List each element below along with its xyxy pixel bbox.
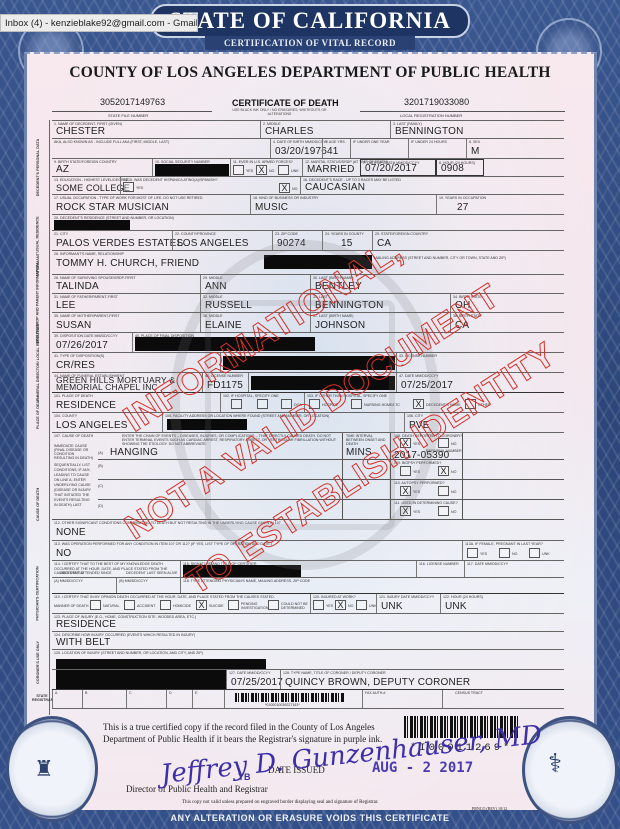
certified-copy-line-1: This is a true certified copy if the rec…	[103, 722, 375, 732]
row-birth-ssn: 9. BIRTH STATE/FOREIGN COUNTRYAZ 10. SOC…	[52, 158, 564, 176]
browser-tab-title[interactable]: Inbox (4) - kenzieblake92@gmail.com - Gm…	[0, 14, 198, 32]
section-decedent: DECEDENT'S PERSONAL DATA	[28, 120, 50, 214]
fax-auth: FAX AUTH.#	[362, 690, 442, 708]
field-father-first[interactable]: 31. NAME OF FATHER/PARENT-FIRSTLEE	[52, 294, 200, 312]
section-funeral: FUNERAL DIRECTOR/ LOCAL REGISTRAR	[28, 332, 50, 392]
registrar-col-c: C	[126, 690, 166, 708]
checkbox-pregnant-no[interactable]	[499, 548, 510, 558]
field-manner-of-death[interactable]: 119. I CERTIFY THAT IN MY OPINION DEATH …	[52, 594, 310, 613]
checkbox-armed-unk[interactable]	[278, 165, 289, 175]
checkbox-accident[interactable]	[124, 600, 135, 610]
field-first-name[interactable]: 1. NAME OF DECEDENT- FIRST (Given)CHESTE…	[52, 121, 260, 138]
field-spouse-first[interactable]: 28. NAME OF SURVIVING SPOUSE/SRDP-FIRSTT…	[52, 275, 200, 293]
field-coroner-name[interactable]: 128. TYPE NAME, TITLE OF CORONER / DEPUT…	[280, 670, 564, 689]
field-residence-street[interactable]: 20. DECEDENT'S RESIDENCE (Street and num…	[52, 215, 564, 230]
field-education[interactable]: 13. EDUCATION - Highest Level/DegreeSOME…	[52, 177, 120, 194]
field-injury-hour[interactable]: 122. HOUR (24 Hours)UNK	[440, 594, 564, 613]
row-decedent-name: 1. NAME OF DECEDENT- FIRST (Given)CHESTE…	[52, 120, 564, 138]
redaction-bar	[54, 220, 130, 230]
field-disposition-date[interactable]: 39. DISPOSITION DATE mm/dd/ccyy07/26/201…	[52, 333, 132, 352]
field-last-name[interactable]: 3. LAST (Family)BENNINGTON	[390, 121, 564, 138]
field-occupation[interactable]: 17. USUAL OCCUPATION - Type of work for …	[52, 195, 250, 214]
census-tract: CENSUS TRACT	[442, 690, 564, 708]
certificate-title: CERTIFICATE OF DEATH	[232, 98, 339, 108]
field-dob[interactable]: 4. DATE OF BIRTH mm/dd/ccyy03/20/1976	[270, 139, 322, 158]
minerva-icon: ♜	[34, 756, 54, 782]
field-coroner-signature[interactable]	[52, 670, 226, 689]
row-residence-street: 20. DECEDENT'S RESIDENCE (Street and num…	[52, 214, 564, 230]
row-physician-dates: (A) mm/dd/ccyy (B) mm/dd/ccyy 118. TYPE …	[52, 577, 564, 593]
field-city[interactable]: 21. CITYPALOS VERDES ESTATES	[52, 231, 172, 250]
section-cause-of-death: CAUSE OF DEATH	[28, 432, 50, 576]
caduceus-icon: ⚕	[548, 748, 562, 779]
checkbox-undetermined[interactable]	[268, 600, 279, 610]
row-state-registrar: STATE REGISTRAR A B C D E *0100010039227…	[52, 689, 564, 709]
field-middle-name[interactable]: 2. MIDDLECHARLES	[260, 121, 390, 138]
checkbox-biopsy-no[interactable]: X	[438, 466, 449, 476]
registrar-col-e: E	[192, 690, 224, 708]
field-ssn[interactable]: 10. SOCIAL SECURITY NUMBER	[152, 159, 230, 176]
field-race[interactable]: 16. DECEDENT'S RACE - Up to 3 races may …	[300, 177, 564, 194]
redaction-bar	[155, 164, 229, 176]
checkbox-autopsy-no[interactable]	[438, 486, 449, 496]
field-injury-location[interactable]: 125. LOCATION OF INJURY (Street and numb…	[52, 650, 564, 669]
registrar-col-a: A	[52, 690, 82, 708]
row-injury-location: 125. LOCATION OF INJURY (Street and numb…	[52, 649, 564, 669]
field-pregnant[interactable]: 113A. IF FEMALE, PREGNANT IN LAST YEAR? …	[462, 541, 564, 560]
field-under-one-year[interactable]: IF UNDER ONE YEAR	[350, 139, 408, 158]
checkbox-pregnant-yes[interactable]	[467, 548, 478, 558]
local-registration-label: LOCAL REGISTRATION NUMBER	[400, 113, 462, 118]
checkbox-homicide[interactable]	[160, 600, 171, 610]
field-county[interactable]: 22. COUNTY/PROVINCELOS ANGELES	[172, 231, 272, 250]
state-title: STATE OF CALIFORNIA	[169, 8, 451, 34]
checkbox-work-yes[interactable]	[313, 600, 324, 610]
checkbox-pending[interactable]	[228, 600, 239, 610]
certificate-note: USE BLACK INK ONLY / NO ERASURES, WHITEO…	[232, 108, 327, 116]
section-residence: USUAL RESIDENCE	[28, 214, 50, 254]
checkbox-pregnant-unk[interactable]	[529, 548, 540, 558]
field-sex[interactable]: 6. SEXM	[466, 139, 564, 158]
checkbox-used-no[interactable]	[438, 506, 449, 516]
registrar-col-d: D	[166, 690, 192, 708]
field-injury-description[interactable]: 124. DESCRIBE HOW INJURY OCCURRED (Event…	[52, 632, 564, 649]
checkbox-hispanic-no[interactable]: X	[279, 183, 290, 193]
row-occupation: 17. USUAL OCCUPATION - Type of work for …	[52, 194, 564, 214]
field-physician-cert: 114. I CERTIFY THAT TO THE BEST OF MY KN…	[52, 561, 180, 577]
field-physician-date[interactable]: 117. DATE mm/dd/ccyy	[464, 561, 564, 577]
field-state-country[interactable]: 25. STATE/FOREIGN COUNTRYCA	[372, 231, 564, 250]
field-armed-forces[interactable]: 11. EVER IN U.S. ARMED FORCES? YES XNO U…	[230, 159, 302, 176]
field-aka[interactable]: AKA, ALSO KNOWN AS - Include full AKA (F…	[52, 139, 270, 158]
field-birth-state[interactable]: 9. BIRTH STATE/FOREIGN COUNTRYAZ	[52, 159, 152, 176]
vital-record-title: CERTIFICATION OF VITAL RECORD	[224, 38, 396, 48]
checkbox-armed-yes[interactable]	[233, 165, 244, 175]
state-file-label: STATE FILE NUMBER	[108, 113, 148, 118]
checkbox-natural[interactable]	[90, 600, 101, 610]
field-place-of-injury[interactable]: 123. PLACE OF INJURY (e.g., home, constr…	[52, 614, 564, 631]
alteration-warning: ANY ALTERATION OR ERASURE VOIDS THIS CER…	[170, 813, 449, 823]
checkbox-work-unk[interactable]	[356, 600, 367, 610]
vital-record-banner: CERTIFICATION OF VITAL RECORD	[205, 36, 415, 50]
field-hispanic[interactable]: 14/15. WAS DECEDENT HISPANIC/LATINO(A)/S…	[120, 177, 300, 194]
row-education-race: 13. EDUCATION - Highest Level/DegreeSOME…	[52, 176, 564, 194]
checkbox-armed-no[interactable]: X	[256, 165, 267, 175]
section-physician: PHYSICIAN'S CERTIFICATION	[28, 576, 50, 610]
field-coroner-date[interactable]: 127. DATE mm/dd/ccyy07/25/2017	[226, 670, 280, 689]
state-registrar-label: STATE REGISTRAR	[30, 690, 52, 708]
field-age[interactable]: 5. AGE Yrs.41	[322, 139, 350, 158]
other-conditions-value: NONE	[56, 527, 86, 538]
field-industry[interactable]: 18. KIND OF BUSINESS OR INDUSTRYMUSIC	[250, 195, 436, 214]
field-last-seen[interactable]: (B) mm/dd/ccyy	[116, 578, 180, 593]
barcode	[235, 693, 345, 702]
field-physician-address[interactable]: 118. TYPE ATTENDING PHYSICIAN'S NAME, MA…	[180, 578, 564, 593]
field-attended-since[interactable]: (A) mm/dd/ccyy	[52, 578, 116, 593]
state-file-number: 3052017149763	[100, 97, 165, 107]
alteration-warning-strip: ANY ALTERATION OR ERASURE VOIDS THIS CER…	[130, 811, 490, 825]
divider	[52, 111, 212, 112]
divider	[462, 433, 463, 519]
field-physician-license[interactable]: 116. LICENSE NUMBER	[416, 561, 464, 577]
field-mother-first[interactable]: 35. NAME OF MOTHER/PARENT-FIRSTSUSAN	[52, 313, 200, 332]
validity-note: This copy not valid unless prepared on e…	[182, 800, 378, 805]
field-injury-date[interactable]: 121. INJURY DATE mm/dd/ccyyUNK	[376, 594, 440, 613]
row-aka-dob: AKA, ALSO KNOWN AS - Include full AKA (F…	[52, 138, 564, 158]
registrar-col-b: B	[82, 690, 126, 708]
checkbox-hispanic-yes[interactable]	[123, 182, 134, 192]
field-hour-of-death[interactable]: 8. HOUR (24 Hours)0908	[436, 159, 484, 176]
county-department-title: COUNTY OF LOS ANGELES DEPARTMENT OF PUBL…	[0, 64, 620, 82]
row-coroner-signature: 127. DATE mm/dd/ccyy07/25/2017 128. TYPE…	[52, 669, 564, 689]
row-injury-description: 124. DESCRIBE HOW INJURY OCCURRED (Event…	[52, 631, 564, 649]
field-date-of-death[interactable]: 7. DATE OF DEATH mm/dd/ccyy07/20/2017	[360, 159, 436, 176]
row-manner-of-death: 119. I CERTIFY THAT IN MY OPINION DEATH …	[52, 593, 564, 613]
checkbox-work-no[interactable]: X	[335, 600, 346, 610]
field-years-occupation[interactable]: 19. YEARS IN OCCUPATION27	[436, 195, 564, 214]
section-place-of-death: PLACE OF DEATH	[28, 392, 50, 432]
divider	[360, 111, 565, 112]
redaction-bar	[56, 670, 226, 690]
field-under-24-hours[interactable]: IF UNDER 24 HOURS	[408, 139, 466, 158]
local-registration-number: 3201719033080	[404, 97, 469, 107]
row-place-of-injury: 123. PLACE OF INJURY (e.g., home, constr…	[52, 613, 564, 631]
state-banner: STATE OF CALIFORNIA	[150, 4, 470, 38]
field-injured-at-work[interactable]: 120. INJURED AT WORK? YES XNO UNK	[310, 594, 376, 613]
registrar-barcode: *0100010039227161*	[224, 690, 362, 708]
field-marital-status[interactable]: 12. MARITAL STATUS/SRDP (at Time of Deat…	[302, 159, 360, 176]
